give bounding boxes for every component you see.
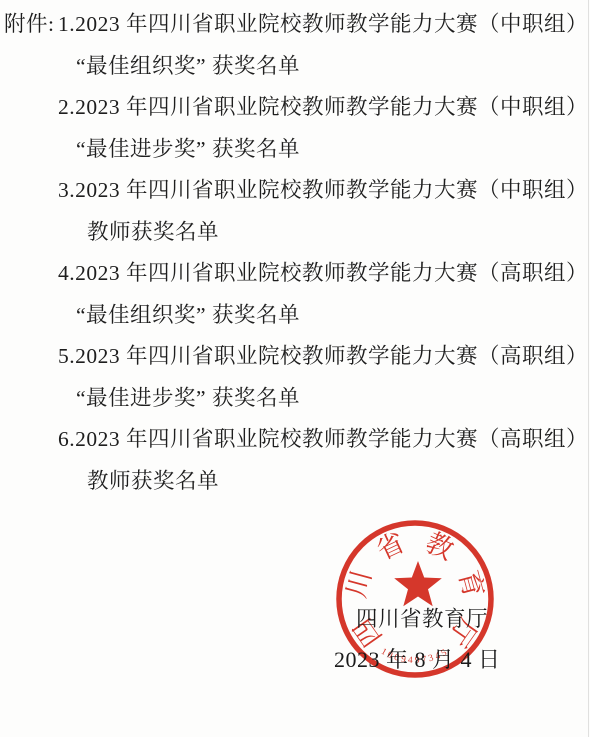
attachment-item: 1.2023 年四川省职业院校教师教学能力大赛（中职组） “最佳组织奖” 获奖名… [58, 4, 590, 87]
attachment-item-subtitle: “最佳进步奖” 获奖名单 [58, 129, 590, 171]
attachment-items: 1.2023 年四川省职业院校教师教学能力大赛（中职组） “最佳组织奖” 获奖名… [0, 4, 590, 502]
scan-edge-line [588, 0, 589, 737]
attachment-item: 6.2023 年四川省职业院校教师教学能力大赛（高职组） 教师获奖名单 [58, 419, 590, 502]
attachment-item: 2.2023 年四川省职业院校教师教学能力大赛（中职组） “最佳进步奖” 获奖名… [58, 87, 590, 170]
document-page: 附件: 1.2023 年四川省职业院校教师教学能力大赛（中职组） “最佳组织奖”… [0, 0, 590, 737]
attachment-item-subtitle: 教师获奖名单 [58, 212, 590, 254]
seal-ring-char: 育 [453, 567, 489, 601]
attachment-item-subtitle: “最佳组织奖” 获奖名单 [58, 46, 590, 88]
issue-date: 2023 年 8 月 4 日 [334, 643, 501, 674]
attachment-list-block: 附件: 1.2023 年四川省职业院校教师教学能力大赛（中职组） “最佳组织奖”… [0, 4, 590, 502]
attachment-item-subtitle: 教师获奖名单 [58, 461, 590, 503]
attachment-item-title: 1.2023 年四川省职业院校教师教学能力大赛（中职组） [58, 4, 590, 46]
attachment-label: 附件: [4, 4, 54, 46]
attachment-item-title: 3.2023 年四川省职业院校教师教学能力大赛（中职组） [58, 170, 590, 212]
attachment-item-subtitle: “最佳组织奖” 获奖名单 [58, 295, 590, 337]
attachment-item-subtitle: “最佳进步奖” 获奖名单 [58, 378, 590, 420]
attachment-item: 5.2023 年四川省职业院校教师教学能力大赛（高职组） “最佳进步奖” 获奖名… [58, 336, 590, 419]
star-icon [394, 561, 442, 606]
attachment-item: 4.2023 年四川省职业院校教师教学能力大赛（高职组） “最佳组织奖” 获奖名… [58, 253, 590, 336]
seal-ring-char: 川 [341, 567, 377, 601]
agency-signature: 四川省教育厅 [356, 602, 488, 633]
attachment-item-title: 2.2023 年四川省职业院校教师教学能力大赛（中职组） [58, 87, 590, 129]
attachment-item-title: 5.2023 年四川省职业院校教师教学能力大赛（高职组） [58, 336, 590, 378]
attachment-item: 3.2023 年四川省职业院校教师教学能力大赛（中职组） 教师获奖名单 [58, 170, 590, 253]
attachment-item-title: 6.2023 年四川省职业院校教师教学能力大赛（高职组） [58, 419, 590, 461]
attachment-item-title: 4.2023 年四川省职业院校教师教学能力大赛（高职组） [58, 253, 590, 295]
